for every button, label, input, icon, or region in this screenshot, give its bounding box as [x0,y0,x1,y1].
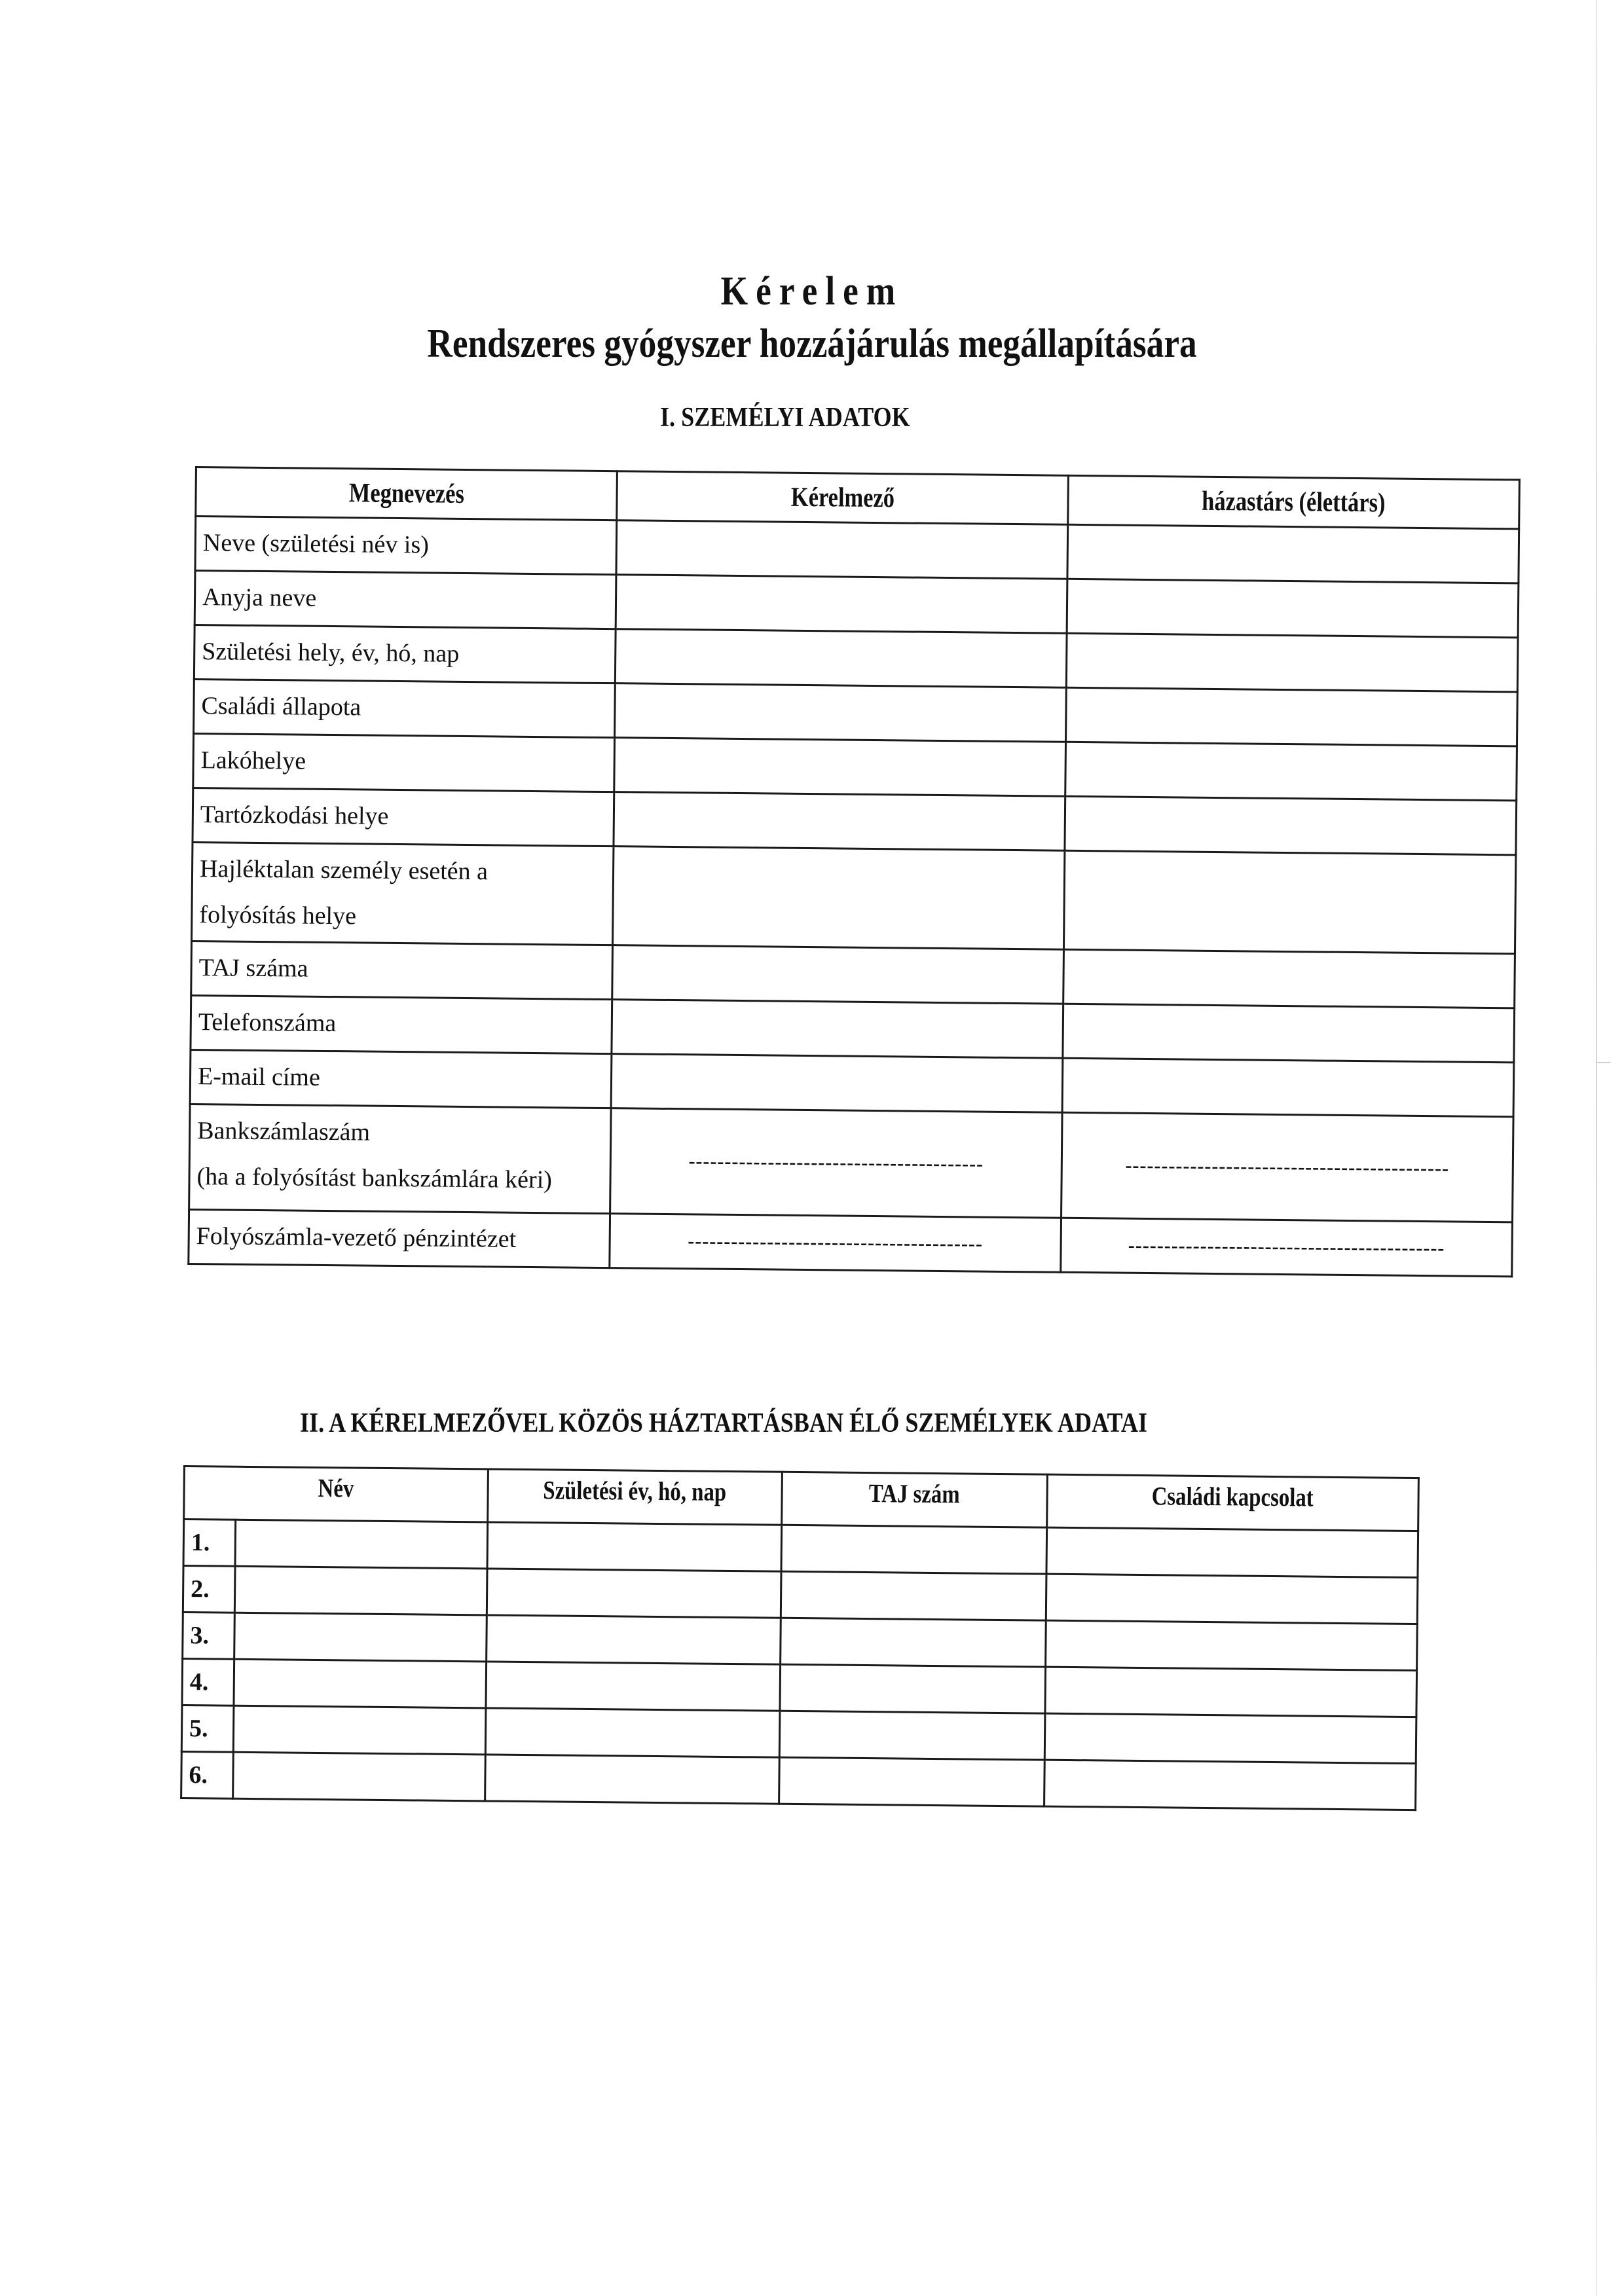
member-name-field[interactable] [234,1613,487,1662]
row-label-birth: Születési hely, év, hó, nap [194,625,616,683]
section-2-heading: II. A KÉRELMEZŐVEL KÖZÖS HÁZTARTÁSBAN ÉL… [300,1408,1147,1439]
label-line: Bankszámlaszám [197,1108,604,1157]
row-label-bank-account: Bankszámlaszám (ha a folyósítást bankszá… [189,1104,612,1213]
applicant-email-field[interactable] [611,1054,1063,1113]
row-number: 6. [181,1751,234,1798]
member-name-field[interactable] [234,1566,487,1615]
column-header-birth: Születési év, hó, nap [488,1469,783,1525]
applicant-payment-place-field[interactable] [613,847,1065,950]
table-row: Hajléktalan személy esetén a folyósítás … [192,842,1516,953]
member-birth-field[interactable] [486,1662,781,1711]
column-header-name: Név [184,1467,489,1522]
row-number: 4. [182,1659,234,1706]
row-label-mother-name: Anyja neve [194,571,616,629]
row-number: 1. [183,1520,236,1567]
applicant-mother-name-field[interactable] [616,575,1067,634]
spouse-payment-place-field[interactable] [1063,850,1515,954]
row-number: 3. [183,1613,235,1660]
member-relation-field[interactable] [1044,1713,1416,1763]
spouse-taj-field[interactable] [1063,949,1515,1008]
applicant-birth-field[interactable] [615,629,1067,688]
applicant-residence-field[interactable] [614,738,1066,797]
member-birth-field[interactable] [487,1615,781,1664]
row-label-phone: Telefonszáma [191,995,612,1053]
member-taj-field[interactable] [779,1711,1045,1760]
member-name-field[interactable] [233,1705,486,1755]
row-number: 5. [181,1705,234,1752]
column-header-spouse: házastárs (élettárs) [1068,475,1520,529]
member-name-field[interactable] [235,1520,488,1569]
row-label-taj: TAJ száma [191,941,613,999]
spouse-marital-status-field[interactable] [1066,687,1518,746]
spouse-residence-field[interactable] [1065,742,1517,801]
member-name-field[interactable] [233,1752,486,1801]
label-line: Hajléktalan személy esetén a [200,846,606,896]
spouse-bank-account-field[interactable]: ----------------------------------------… [1061,1112,1514,1222]
personal-data-table: Megnevezés Kérelmező házastárs (élettárs… [187,466,1521,1277]
row-label-email: E-mail címe [190,1049,612,1108]
household-members-table: Név Születési év, hó, nap TAJ szám Csalá… [180,1465,1420,1811]
member-relation-field[interactable] [1044,1760,1416,1810]
spouse-stay-address-field[interactable] [1065,796,1517,855]
member-relation-field[interactable] [1045,1667,1417,1717]
member-birth-field[interactable] [487,1522,782,1571]
member-birth-field[interactable] [485,1755,780,1804]
applicant-marital-status-field[interactable] [615,683,1067,742]
column-header-taj: TAJ szám [782,1472,1048,1527]
member-taj-field[interactable] [781,1571,1046,1620]
applicant-phone-field[interactable] [612,1000,1063,1059]
table-row: Bankszámlaszám (ha a folyósítást bankszá… [189,1104,1513,1222]
member-name-field[interactable] [234,1659,487,1708]
spouse-phone-field[interactable] [1063,1004,1515,1063]
member-taj-field[interactable] [781,1525,1047,1574]
row-number: 2. [183,1566,235,1613]
row-label-residence: Lakóhelye [193,733,615,792]
spouse-bank-institution-field[interactable]: ----------------------------------------… [1061,1218,1513,1277]
document-title: Kérelem [114,268,1511,315]
label-line: (ha a folyósítást bankszámlára kéri) [196,1154,603,1203]
member-taj-field[interactable] [779,1757,1045,1806]
member-taj-field[interactable] [781,1618,1046,1667]
applicant-stay-address-field[interactable] [614,792,1065,851]
scan-edge-line [1596,0,1597,2296]
member-relation-field[interactable] [1046,1574,1418,1624]
applicant-taj-field[interactable] [612,945,1064,1004]
member-birth-field[interactable] [487,1569,781,1618]
spouse-email-field[interactable] [1062,1058,1514,1117]
row-label-name: Neve (születési név is) [195,517,617,575]
member-relation-field[interactable] [1046,1527,1418,1577]
document-subtitle: Rendszeres gyógyszer hozzájárulás megáll… [114,321,1511,367]
spouse-birth-field[interactable] [1066,633,1518,692]
column-header-description: Megnevezés [196,467,618,520]
member-relation-field[interactable] [1046,1620,1418,1670]
scan-edge-mark [1596,1062,1610,1063]
row-label-homeless-payment-place: Hajléktalan személy esetén a folyósítás … [192,842,614,945]
column-header-applicant: Kérelmező [617,471,1069,525]
row-label-bank-institution: Folyószámla-vezető pénzintézet [189,1209,610,1267]
applicant-bank-institution-field[interactable]: ----------------------------------------… [610,1214,1061,1273]
spouse-mother-name-field[interactable] [1067,579,1519,638]
row-label-marital-status: Családi állapota [194,679,616,737]
column-header-relation: Családi kapcsolat [1047,1474,1419,1531]
applicant-name-field[interactable] [616,520,1068,579]
spouse-name-field[interactable] [1067,524,1519,583]
row-label-stay-address: Tartózkodási helye [193,788,614,846]
member-taj-field[interactable] [780,1664,1046,1713]
member-birth-field[interactable] [485,1708,780,1757]
label-line: folyósítás helye [199,892,606,941]
section-1-heading: I. SZEMÉLYI ADATOK [660,402,910,433]
applicant-bank-account-field[interactable]: ----------------------------------------… [610,1108,1063,1218]
